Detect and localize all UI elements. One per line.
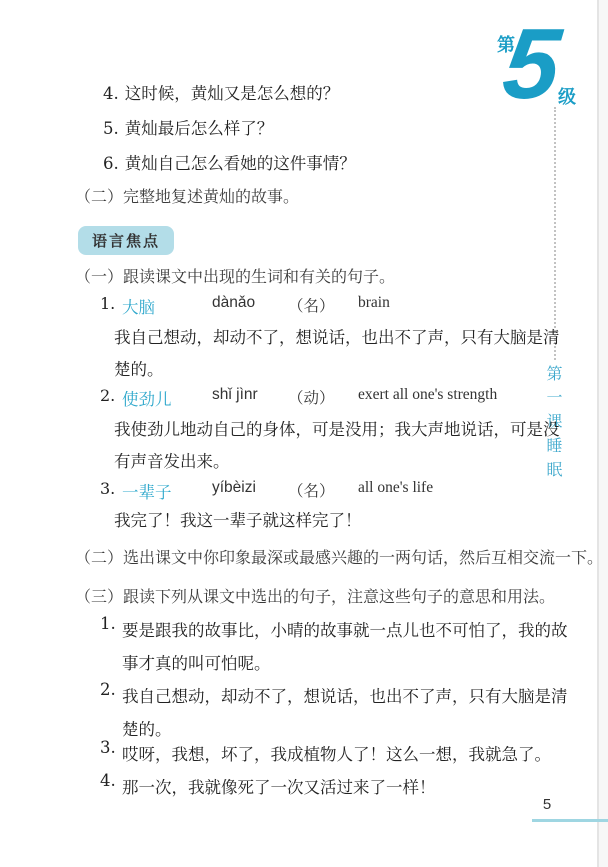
sentence-number: 2. [100,680,122,746]
practice-sentence: 4. 那一次，我就像死了一次又活过来了一样！ [100,771,436,804]
sentence-number: 3. [100,738,122,771]
vocab-english: exert all one's strength [358,386,497,410]
level-logo-suffix: 级 [558,83,576,109]
example-line: 楚的。 [114,354,560,386]
sentence-line: 我自己想动，却动不了，想说话，也出不了声，只有大脑是清 [122,680,568,713]
vocab-pinyin: shǐ jìnr [212,386,288,410]
sentence-text: 我自己想动，却动不了，想说话，也出不了声，只有大脑是清 楚的。 [122,680,568,746]
vocab-word: 一辈子 [122,479,212,503]
vocab-example: 我完了！我这一辈子就这样完了！ [114,505,362,537]
example-line: 有声音发出来。 [114,446,560,478]
practice-sentence: 1. 要是跟我的故事比，小晴的故事就一点儿也不可怕了，我的故 事才真的叫可怕呢。 [100,614,568,680]
sentence-number: 4. [100,771,122,804]
practice-sentence: 2. 我自己想动，却动不了，想说话，也出不了声，只有大脑是清 楚的。 [100,680,568,746]
vocab-pinyin: dànǎo [212,294,288,318]
question-text: 黄灿最后怎么样了？ [125,119,274,138]
vocab-entry-header: 2. 使劲儿 shǐ jìnr （动） exert all one's stre… [100,386,497,410]
vocab-pos: （名） [288,294,358,318]
example-line: 我自己想动，却动不了，想说话，也出不了声，只有大脑是清 [114,322,560,354]
vocab-word: 使劲儿 [122,386,212,410]
vocab-english: brain [358,294,390,318]
textbook-page: 第 5 级 第一课睡眠 4.这时候，黄灿又是怎么想的？ 5.黄灿最后怎么样了？ … [0,0,608,867]
task-retell: （二）完整地复述黄灿的故事。 [75,184,299,207]
vocab-english: all one's life [358,479,433,503]
vocab-number: 3. [100,479,122,503]
vocab-number: 1. [100,294,122,318]
vocab-word: 大脑 [122,294,212,318]
vocab-entry-header: 1. 大脑 dànǎo （名） brain [100,294,390,318]
page-edge-shadow [599,0,608,867]
vocab-entry-header: 3. 一辈子 yíbèizi （名） all one's life [100,479,433,503]
sentence-line: 哎呀，我想，坏了，我成植物人了！这么一想，我就急了。 [122,738,551,771]
question-number: 6. [103,154,119,173]
sentence-line: 事才真的叫可怕呢。 [122,647,568,680]
sentence-line: 要是跟我的故事比，小晴的故事就一点儿也不可怕了，我的故 [122,614,568,647]
vocab-example: 我自己想动，却动不了，想说话，也出不了声，只有大脑是清 楚的。 [114,322,560,386]
example-line: 我完了！我这一辈子就这样完了！ [114,505,362,537]
task-three: （三）跟读下列从课文中选出的句子，注意这些句子的意思和用法。 [75,584,555,607]
task-two: （二）选出课文中你印象最深或最感兴趣的一两句话，然后互相交流一下。 [75,545,603,568]
sentence-line: 那一次，我就像死了一次又活过来了一样！ [122,771,436,804]
sentence-text: 哎呀，我想，坏了，我成植物人了！这么一想，我就急了。 [122,738,551,771]
page-number: 5 [537,796,557,813]
question-text: 黄灿自己怎么看她的这件事情？ [125,154,356,173]
question-item: 5.黄灿最后怎么样了？ [103,115,273,139]
vocab-number: 2. [100,386,122,410]
level-logo-number: 5 [499,14,565,114]
question-number: 5. [103,119,119,138]
example-line: 我使劲儿地动自己的身体，可是没用；我大声地说话，可是没 [114,414,560,446]
question-number: 4. [103,84,119,103]
sentence-number: 1. [100,614,122,680]
vocab-pinyin: yíbèizi [212,479,288,503]
question-item: 6.黄灿自己怎么看她的这件事情？ [103,150,356,174]
vocab-pos: （动） [288,386,358,410]
language-focus-header: 语言焦点 [78,226,174,255]
vocab-example: 我使劲儿地动自己的身体，可是没用；我大声地说话，可是没 有声音发出来。 [114,414,560,478]
sentence-text: 要是跟我的故事比，小晴的故事就一点儿也不可怕了，我的故 事才真的叫可怕呢。 [122,614,568,680]
practice-sentence: 3. 哎呀，我想，坏了，我成植物人了！这么一想，我就急了。 [100,738,551,771]
question-text: 这时候，黄灿又是怎么想的？ [125,84,340,103]
footer-rule [532,819,608,822]
question-item: 4.这时候，黄灿又是怎么想的？ [103,80,339,104]
vocab-pos: （名） [288,479,358,503]
sentence-text: 那一次，我就像死了一次又活过来了一样！ [122,771,436,804]
task-one: （一）跟读课文中出现的生词和有关的句子。 [75,264,395,287]
